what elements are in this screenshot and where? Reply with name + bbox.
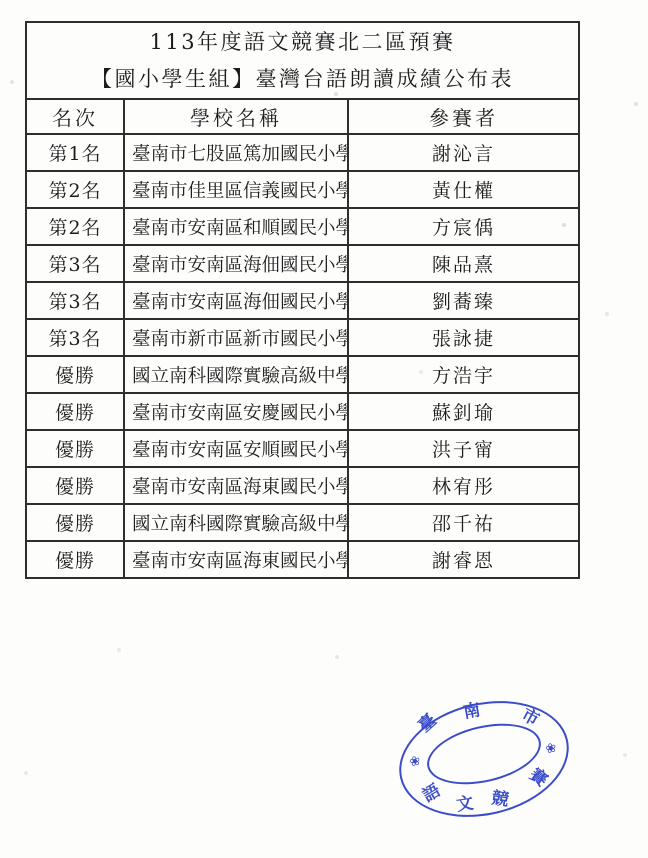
table-row: 優勝 國立南科國際實驗高級中學 邵千祐 xyxy=(26,504,579,541)
rank-cell: 第1名 xyxy=(26,134,124,171)
participant-cell: 謝睿恩 xyxy=(348,541,579,578)
participant-cell: 劉蕎臻 xyxy=(348,282,579,319)
header-school: 學校名稱 xyxy=(124,99,348,134)
school-cell: 國立南科國際實驗高級中學 xyxy=(124,504,348,541)
rank-cell: 第3名 xyxy=(26,245,124,282)
school-cell: 臺南市安南區海東國民小學 xyxy=(124,541,348,578)
rank-cell: 第3名 xyxy=(26,319,124,356)
table-row: 第2名 臺南市安南區和順國民小學 方宸偊 xyxy=(26,208,579,245)
header-participant: 參賽者 xyxy=(348,99,579,134)
participant-cell: 洪子甯 xyxy=(348,430,579,467)
rank-cell: 優勝 xyxy=(26,467,124,504)
document-title: 113年度語文競賽北二區預賽 【國小學生組】臺灣台語朗讀成績公布表 xyxy=(26,22,579,99)
rank-cell: 優勝 xyxy=(26,356,124,393)
table-row: 第3名 臺南市新市區新市國民小學 張詠捷 xyxy=(26,319,579,356)
plum-blossom-icon: ❀ xyxy=(544,741,558,756)
stamp-char-sai: 賽 xyxy=(526,766,550,790)
plum-blossom-icon: ❀ xyxy=(408,754,422,769)
title-row: 113年度語文競賽北二區預賽 【國小學生組】臺灣台語朗讀成績公布表 xyxy=(26,22,579,99)
scan-noise xyxy=(0,0,2,2)
table-row: 優勝 臺南市安南區安順國民小學 洪子甯 xyxy=(26,430,579,467)
official-stamp: 臺 南 市 ❀ ❀ 語 文 競 賽 xyxy=(398,697,570,821)
stamp-outer-ring xyxy=(388,685,581,833)
school-cell: 臺南市安南區和順國民小學 xyxy=(124,208,348,245)
rank-cell: 優勝 xyxy=(26,430,124,467)
results-table: 113年度語文競賽北二區預賽 【國小學生組】臺灣台語朗讀成績公布表 名次 學校名… xyxy=(25,21,580,579)
title-line-1: 113年度語文競賽北二區預賽 xyxy=(27,24,578,61)
school-cell: 國立南科國際實驗高級中學 xyxy=(124,356,348,393)
school-cell: 臺南市安南區海東國民小學 xyxy=(124,467,348,504)
school-cell: 臺南市安南區海佃國民小學 xyxy=(124,282,348,319)
stamp-char-yu: 語 xyxy=(420,782,443,805)
rank-cell: 優勝 xyxy=(26,504,124,541)
stamp-char-wen: 文 xyxy=(455,795,474,814)
header-row: 名次 學校名稱 參賽者 xyxy=(26,99,579,134)
table-row: 優勝 臺南市安南區海東國民小學 謝睿恩 xyxy=(26,541,579,578)
table-row: 第3名 臺南市安南區海佃國民小學 劉蕎臻 xyxy=(26,282,579,319)
table-row: 優勝 臺南市安南區海東國民小學 林宥彤 xyxy=(26,467,579,504)
participant-cell: 黃仕權 xyxy=(348,171,579,208)
rank-cell: 優勝 xyxy=(26,541,124,578)
school-cell: 臺南市佳里區信義國民小學 xyxy=(124,171,348,208)
rank-cell: 第2名 xyxy=(26,171,124,208)
participant-cell: 陳品熹 xyxy=(348,245,579,282)
participant-cell: 張詠捷 xyxy=(348,319,579,356)
participant-cell: 邵千祐 xyxy=(348,504,579,541)
participant-cell: 方宸偊 xyxy=(348,208,579,245)
school-cell: 臺南市安南區海佃國民小學 xyxy=(124,245,348,282)
participant-cell: 蘇釗瑜 xyxy=(348,393,579,430)
rank-cell: 第3名 xyxy=(26,282,124,319)
stamp-char-tai: 臺 xyxy=(416,712,440,736)
table-row: 第1名 臺南市七股區篤加國民小學 謝沁言 xyxy=(26,134,579,171)
school-cell: 臺南市安南區安慶國民小學 xyxy=(124,393,348,430)
header-rank: 名次 xyxy=(26,99,124,134)
stamp-char-nan: 南 xyxy=(462,702,482,722)
participant-cell: 方浩宇 xyxy=(348,356,579,393)
table-row: 第2名 臺南市佳里區信義國民小學 黃仕權 xyxy=(26,171,579,208)
table-row: 優勝 臺南市安南區安慶國民小學 蘇釗瑜 xyxy=(26,393,579,430)
stamp-char-jing: 競 xyxy=(490,790,509,809)
rank-cell: 第2名 xyxy=(26,208,124,245)
title-line-2: 【國小學生組】臺灣台語朗讀成績公布表 xyxy=(27,61,578,98)
table-row: 優勝 國立南科國際實驗高級中學 方浩宇 xyxy=(26,356,579,393)
table-row: 第3名 臺南市安南區海佃國民小學 陳品熹 xyxy=(26,245,579,282)
stamp-char-shi: 市 xyxy=(519,707,542,730)
school-cell: 臺南市新市區新市國民小學 xyxy=(124,319,348,356)
school-cell: 臺南市安南區安順國民小學 xyxy=(124,430,348,467)
stamp-inner-ring xyxy=(421,714,547,795)
participant-cell: 林宥彤 xyxy=(348,467,579,504)
participant-cell: 謝沁言 xyxy=(348,134,579,171)
school-cell: 臺南市七股區篤加國民小學 xyxy=(124,134,348,171)
rank-cell: 優勝 xyxy=(26,393,124,430)
